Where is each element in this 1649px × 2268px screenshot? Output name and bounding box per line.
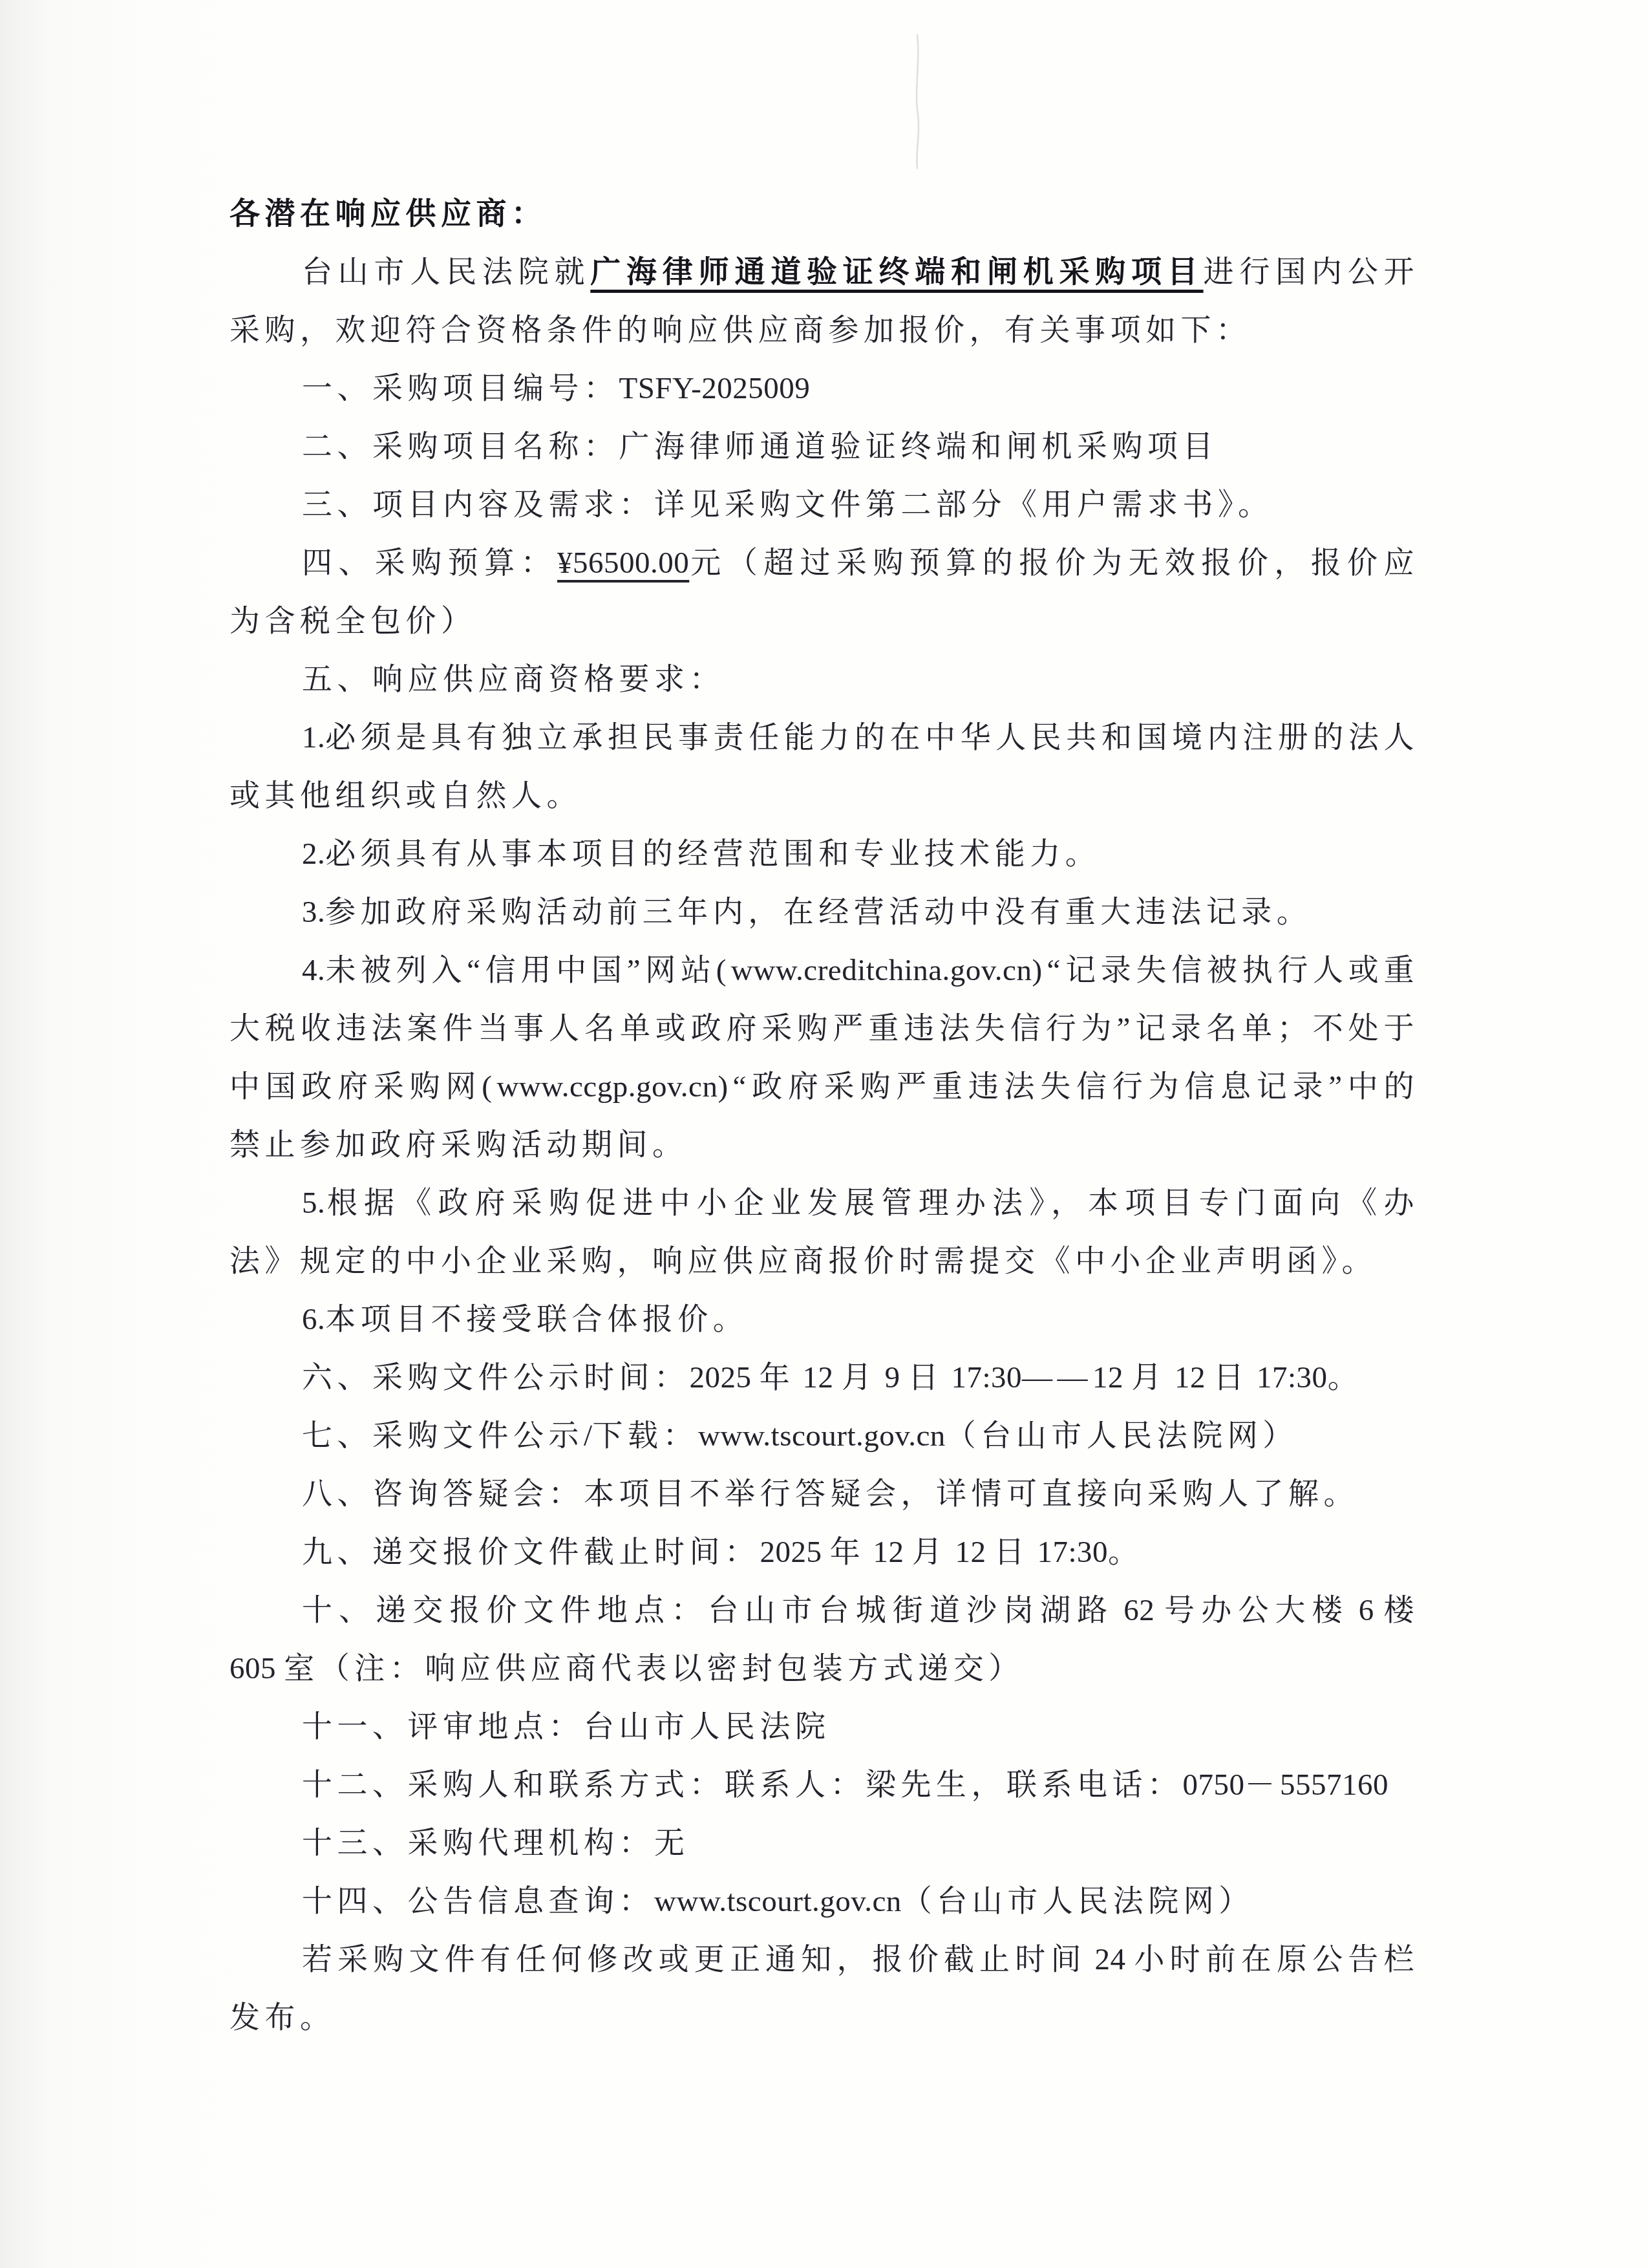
item-7-publicity-download: 七、采购文件公示/下载：www.tscourt.gov.cn（台山市人民法院网） [229,1407,1419,1465]
latin-text-run: 2025 [760,1535,830,1569]
latin-text-run: 5. [302,1186,325,1220]
latin-text-run: 62 [1114,1594,1164,1627]
item-7-publicity-download-segment-0: 七、采购文件公示/下载：www.tscourt.gov.cn（台山市人民法院网） [302,1419,1298,1453]
latin-text-run: 12 [1167,1361,1214,1395]
qualification-subitem-6: 6.本项目不接受联合体报价。 [229,1290,1419,1349]
item-3-project-content: 三、项目内容及需求：详见采购文件第二部分《用户需求书》。 [229,476,1419,534]
latin-text-run: 17:30 [1249,1361,1328,1395]
item-10-submission-place: 十、递交报价文件地点：台山市台城街道沙岗湖路 62 号办公大楼 6 楼 605 … [229,1581,1419,1698]
latin-text-run: 1. [302,721,325,754]
latin-text-run: 9 [877,1361,908,1395]
qualification-subitem-3-segment-0: 3.参加政府采购活动前三年内，在经营活动中没有重大违法记录。 [302,895,1312,929]
item-14-announcement-query: 十四、公告信息查询：www.tscourt.gov.cn（台山市人民法院网） [229,1872,1419,1931]
latin-text-run: 12 [947,1535,994,1569]
qualification-subitem-5: 5.根据《政府采购促进中小企业发展管理办法》，本项目专门面向《办法》规定的中小企… [229,1174,1419,1290]
item-4-budget-segment-1: ¥56500.00 [557,546,689,580]
salutation-line-segment-0: 各潜在响应供应商： [229,197,547,231]
scan-streak-artifact [913,34,923,169]
qualification-subitem-3: 3.参加政府采购活动前三年内，在经营活动中没有重大违法记录。 [229,883,1419,941]
latin-text-run: 17:30 [1029,1535,1108,1569]
item-1-project-number-segment-0: 一、采购项目编号：TSFY-2025009 [302,372,810,405]
item-5-qualification-header-segment-0: 五、响应供应商资格要求： [302,663,725,696]
qualification-subitem-1-segment-0: 1.必须是具有独立承担民事责任能力的在中华人民共和国境内注册的法人或其他组织或自… [229,721,1419,813]
item-6-publicity-time-segment-0: 六、采购文件公示时间：2025 年 12 月 9 日 17:30——12 月 1… [302,1361,1363,1395]
latin-text-run: 6 [1349,1594,1384,1627]
item-8-consultation-meeting: 八、咨询答疑会：本项目不举行答疑会，详情可直接向采购人了解。 [229,1465,1419,1523]
item-6-publicity-time: 六、采购文件公示时间：2025 年 12 月 9 日 17:30——12 月 1… [229,1349,1419,1407]
qualification-subitem-1: 1.必须是具有独立承担民事责任能力的在中华人民共和国境内注册的法人或其他组织或自… [229,709,1419,825]
qualification-subitem-5-segment-0: 5.根据《政府采购促进中小企业发展管理办法》，本项目专门面向《办法》规定的中小企… [229,1186,1419,1278]
latin-text-run: 12 [865,1535,912,1569]
latin-text-run: www.tscourt.gov.cn [698,1419,946,1453]
latin-text-run: 12 [1092,1361,1131,1395]
item-3-project-content-segment-0: 三、项目内容及需求：详见采购文件第二部分《用户需求书》。 [302,488,1273,522]
latin-text-run: 3. [302,895,325,929]
item-11-review-place-segment-0: 十一、评审地点：台山市人民法院 [302,1710,831,1744]
item-1-project-number: 一、采购项目编号：TSFY-2025009 [229,359,1419,418]
item-10-submission-place-segment-0: 十、递交报价文件地点：台山市台城街道沙岗湖路 62 号办公大楼 6 楼 605 … [229,1594,1419,1685]
latin-text-run: 12 [794,1361,842,1395]
qualification-subitem-2-segment-0: 2.必须具有从事本项目的经营范围和专业技术能力。 [302,837,1100,871]
item-11-review-place: 十一、评审地点：台山市人民法院 [229,1698,1419,1756]
latin-text-run: www.creditchina.gov.cn [731,954,1032,987]
latin-text-run: 6. [302,1303,325,1336]
latin-text-run: 0750 [1183,1768,1245,1802]
item-5-qualification-header: 五、响应供应商资格要求： [229,650,1419,709]
item-9-deadline: 九、递交报价文件截止时间：2025 年 12 月 12 日 17:30。 [229,1523,1419,1581]
qualification-subitem-6-segment-0: 6.本项目不接受联合体报价。 [302,1303,748,1336]
item-4-budget-segment-0: 四、采购预算： [302,546,557,580]
latin-text-run: www.tscourt.gov.cn [654,1885,902,1918]
latin-text-run: 2. [302,837,325,871]
qualification-subitem-2: 2.必须具有从事本项目的经营范围和专业技术能力。 [229,825,1419,883]
document-content: 各潜在响应供应商：台山市人民法院就广海律师通道验证终端和闸机采购项目进行国内公开… [229,185,1419,2047]
latin-text-run: ¥56500.00 [557,546,689,580]
item-2-project-name: 二、采购项目名称：广海律师通道验证终端和闸机采购项目 [229,418,1419,476]
item-13-procurement-agency: 十三、采购代理机构：无 [229,1814,1419,1872]
salutation-line: 各潜在响应供应商： [229,185,1419,243]
latin-text-run: 17:30 [943,1361,1022,1395]
latin-text-run: www.ccgp.gov.cn [496,1070,718,1104]
item-13-procurement-agency-segment-0: 十三、采购代理机构：无 [302,1826,690,1860]
closing-note-segment-0: 若采购文件有任何修改或更正通知，报价截止时间 24 小时前在原公告栏发布。 [229,1943,1419,2035]
latin-text-run: 2025 [690,1361,760,1395]
latin-text-run: 5557160 [1280,1768,1388,1802]
latin-text-run: 605 [229,1652,284,1685]
latin-text-run: 4. [302,954,325,987]
latin-text-run: 24 [1087,1943,1134,1976]
document-page: 各潜在响应供应商：台山市人民法院就广海律师通道验证终端和闸机采购项目进行国内公开… [0,0,1649,2268]
item-2-project-name-segment-0: 二、采购项目名称：广海律师通道验证终端和闸机采购项目 [302,430,1218,464]
latin-text-run: / [584,1419,593,1453]
item-9-deadline-segment-0: 九、递交报价文件截止时间：2025 年 12 月 12 日 17:30。 [302,1535,1144,1569]
intro-paragraph: 台山市人民法院就广海律师通道验证终端和闸机采购项目进行国内公开采购，欢迎符合资格… [229,243,1419,359]
item-14-announcement-query-segment-0: 十四、公告信息查询：www.tscourt.gov.cn（台山市人民法院网） [302,1885,1254,1918]
item-8-consultation-meeting-segment-0: 八、咨询答疑会：本项目不举行答疑会，详情可直接向采购人了解。 [302,1477,1359,1511]
latin-text-run: TSFY-2025009 [619,372,811,405]
item-4-budget: 四、采购预算：¥56500.00元（超过采购预算的报价为无效报价，报价应为含税全… [229,534,1419,650]
qualification-subitem-4-segment-0: 4.未被列入“信用中国”网站(www.creditchina.gov.cn)“记… [229,954,1419,1162]
item-12-purchaser-contact: 十二、采购人和联系方式：联系人：梁先生，联系电话：0750－5557160 [229,1756,1419,1814]
item-12-purchaser-contact-segment-0: 十二、采购人和联系方式：联系人：梁先生，联系电话：0750－5557160 [302,1768,1388,1802]
qualification-subitem-4: 4.未被列入“信用中国”网站(www.creditchina.gov.cn)“记… [229,941,1419,1174]
intro-paragraph-segment-0: 台山市人民法院就 [302,255,590,289]
closing-note: 若采购文件有任何修改或更正通知，报价截止时间 24 小时前在原公告栏发布。 [229,1931,1419,2047]
intro-paragraph-segment-1: 广海律师通道验证终端和闸机采购项目 [590,255,1203,289]
